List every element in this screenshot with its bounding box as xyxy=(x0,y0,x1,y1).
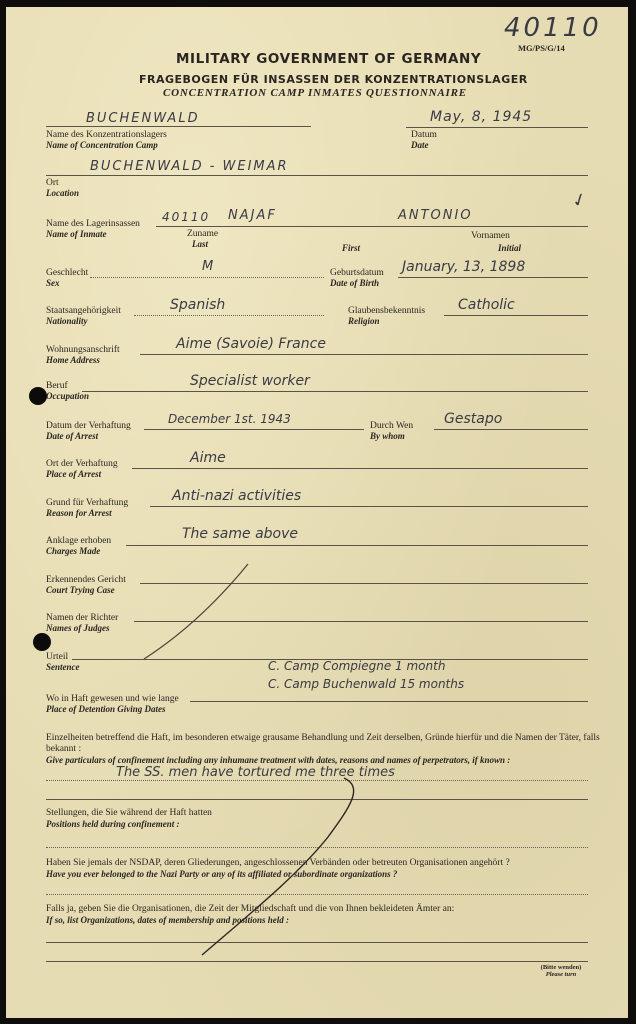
cancel-strokes xyxy=(6,7,628,1018)
questionnaire-page: 40110 MG/PS/G/14 MILITARY GOVERNMENT OF … xyxy=(6,7,628,1018)
punch-hole-bottom xyxy=(33,633,51,651)
punch-hole-top xyxy=(29,387,47,405)
cancel-stroke-2 xyxy=(202,778,354,955)
cancel-stroke-1 xyxy=(144,564,248,659)
